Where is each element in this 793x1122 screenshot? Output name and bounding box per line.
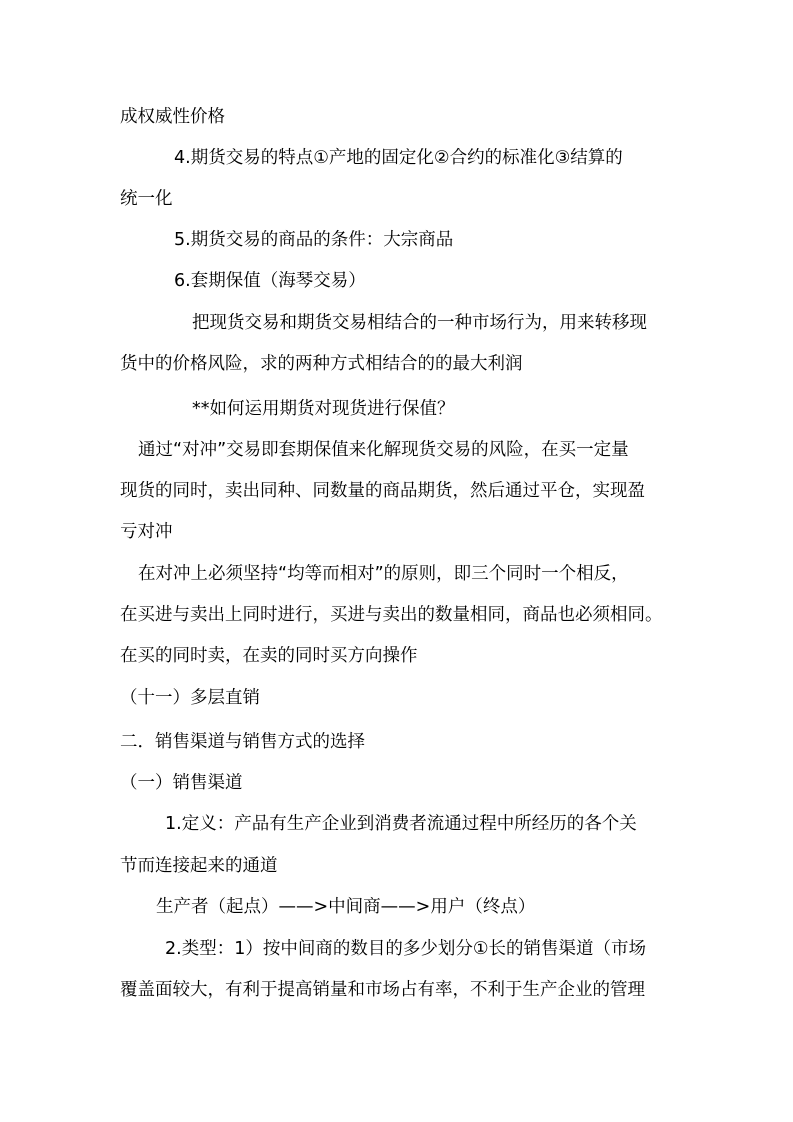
text-line: 二．销售渠道与销售方式的选择 xyxy=(120,730,365,754)
text-line: 6.套期保值（海琴交易） xyxy=(174,269,366,293)
text-line: 1.定义：产品有生产企业到消费者流通过程中所经历的各个关 xyxy=(165,812,637,836)
text-line: **如何运用期货对现货进行保值？ xyxy=(192,397,455,421)
text-line: 生产者（起点）——>中间商——>用户（终点） xyxy=(156,895,535,919)
text-line: 在对冲上必须坚持“均等而相对”的原则，即三个同时一个相反， xyxy=(138,562,629,586)
text-line: 2.类型：1）按中间商的数目的多少划分①长的销售渠道（市场 xyxy=(165,937,646,961)
text-line: 现货的同时，卖出同种、同数量的商品期货，然后通过平仓，实现盈 xyxy=(120,479,645,503)
text-line: 亏对冲 xyxy=(120,520,173,544)
text-line: 节而连接起来的通道 xyxy=(120,854,278,878)
text-line: 通过“对冲”交易即套期保值来化解现货交易的风险，在买一定量 xyxy=(138,438,629,462)
text-line: 统一化 xyxy=(120,187,173,211)
text-line: 货中的价格风险，求的两种方式相结合的的最大利润 xyxy=(120,352,523,376)
text-line: 在买的同时卖，在卖的同时买方向操作 xyxy=(120,644,418,668)
text-line: 覆盖面较大，有利于提高销量和市场占有率，不利于生产企业的管理 xyxy=(120,978,645,1002)
text-line: 把现货交易和期货交易相结合的一种市场行为，用来转移现 xyxy=(192,311,647,335)
text-line: 成权威性价格 xyxy=(120,105,225,129)
text-line: （一）销售渠道 xyxy=(120,771,243,795)
document-page: 成权威性价格4.期货交易的特点①产地的固定化②合约的标准化③结算的统一化5.期货… xyxy=(0,0,793,1122)
text-line: 在买进与卖出上同时进行，买进与卖出的数量相同，商品也必须相同。 xyxy=(120,603,663,627)
text-line: 4.期货交易的特点①产地的固定化②合约的标准化③结算的 xyxy=(174,146,623,170)
text-line: （十一）多层直销 xyxy=(120,686,260,710)
text-line: 5.期货交易的商品的条件：大宗商品 xyxy=(174,228,453,252)
